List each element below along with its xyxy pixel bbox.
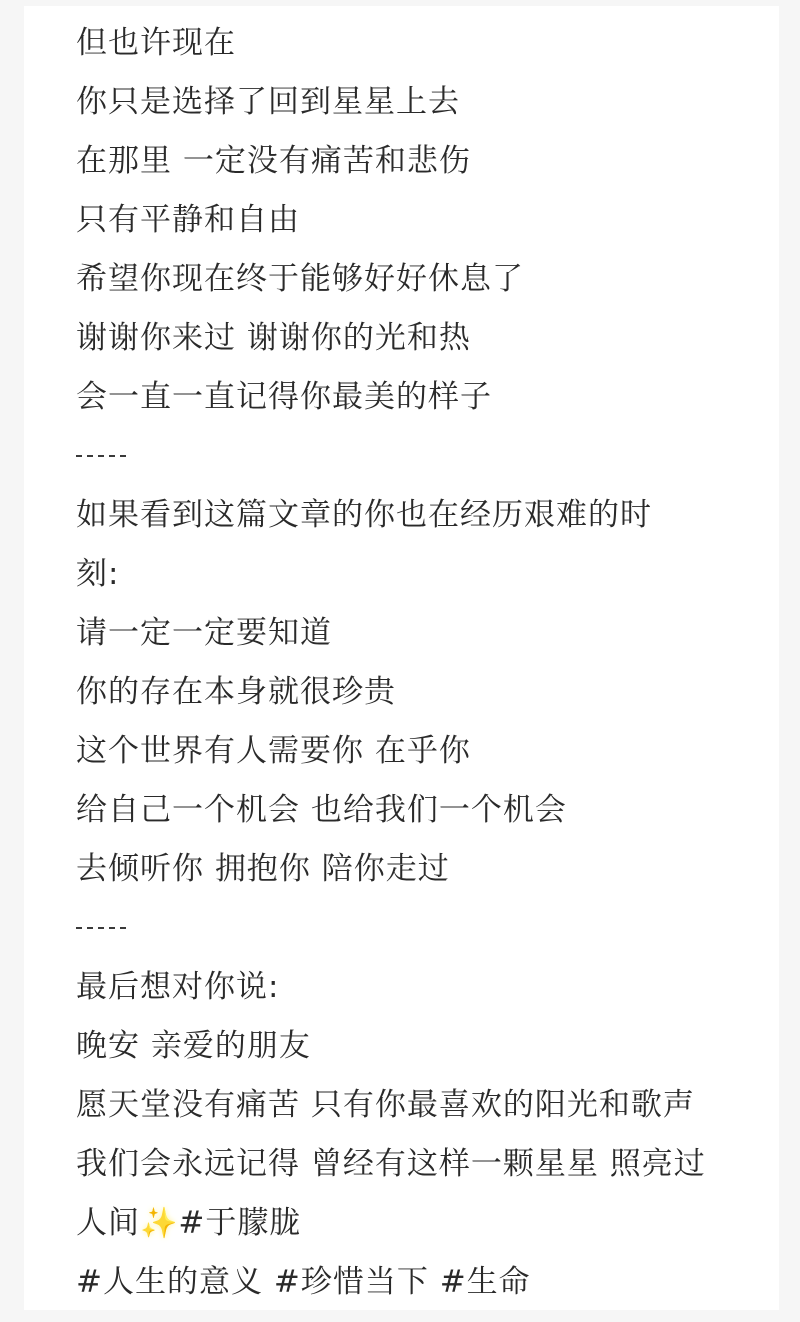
text-line: 但也许现在 — [76, 14, 759, 73]
text-line: 给自己一个机会 也给我们一个机会 — [76, 781, 759, 840]
hashtag-link[interactable]: #人生的意义 — [76, 1264, 263, 1300]
text-line: 会一直一直记得你最美的样子 — [76, 368, 759, 427]
hashtag-link[interactable]: #珍惜当下 — [274, 1264, 429, 1300]
text-line: 只有平静和自由 — [76, 191, 759, 250]
dash-rule — [76, 455, 126, 457]
post-body: 但也许现在 你只是选择了回到星星上去 在那里 一定没有痛苦和悲伤 只有平静和自由… — [76, 14, 759, 1312]
text-line: 谢谢你来过 谢谢你的光和热 — [76, 309, 759, 368]
text-line-with-hashtag: 人间✨#于朦胧 — [76, 1194, 759, 1253]
text-line: 在那里 一定没有痛苦和悲伤 — [76, 132, 759, 191]
separator — [76, 427, 759, 486]
text-line: 最后想对你说: — [76, 958, 759, 1017]
dash-rule — [76, 927, 126, 929]
sparkles-icon: ✨ — [140, 1194, 178, 1253]
text-line: 你只是选择了回到星星上去 — [76, 73, 759, 132]
hashtag-link[interactable]: #于朦胧 — [178, 1205, 301, 1241]
hashtag-link[interactable]: #生命 — [440, 1264, 531, 1300]
text-line: 这个世界有人需要你 在乎你 — [76, 722, 759, 781]
text-line: 晚安 亲爱的朋友 — [76, 1017, 759, 1076]
text-line: 希望你现在终于能够好好休息了 — [76, 250, 759, 309]
text-line: 去倾听你 拥抱你 陪你走过 — [76, 840, 759, 899]
text-line: 愿天堂没有痛苦 只有你最喜欢的阳光和歌声 — [76, 1076, 759, 1135]
text-line: 我们会永远记得 曾经有这样一颗星星 照亮过 — [76, 1135, 759, 1194]
hashtag-row: #人生的意义 #珍惜当下 #生命 — [76, 1253, 759, 1312]
line-prefix: 人间 — [76, 1205, 140, 1241]
post-card: 但也许现在 你只是选择了回到星星上去 在那里 一定没有痛苦和悲伤 只有平静和自由… — [24, 6, 779, 1310]
text-line: 刻: — [76, 545, 759, 604]
separator — [76, 899, 759, 958]
text-line: 你的存在本身就很珍贵 — [76, 663, 759, 722]
text-line: 请一定一定要知道 — [76, 604, 759, 663]
text-line: 如果看到这篇文章的你也在经历艰难的时 — [76, 486, 759, 545]
